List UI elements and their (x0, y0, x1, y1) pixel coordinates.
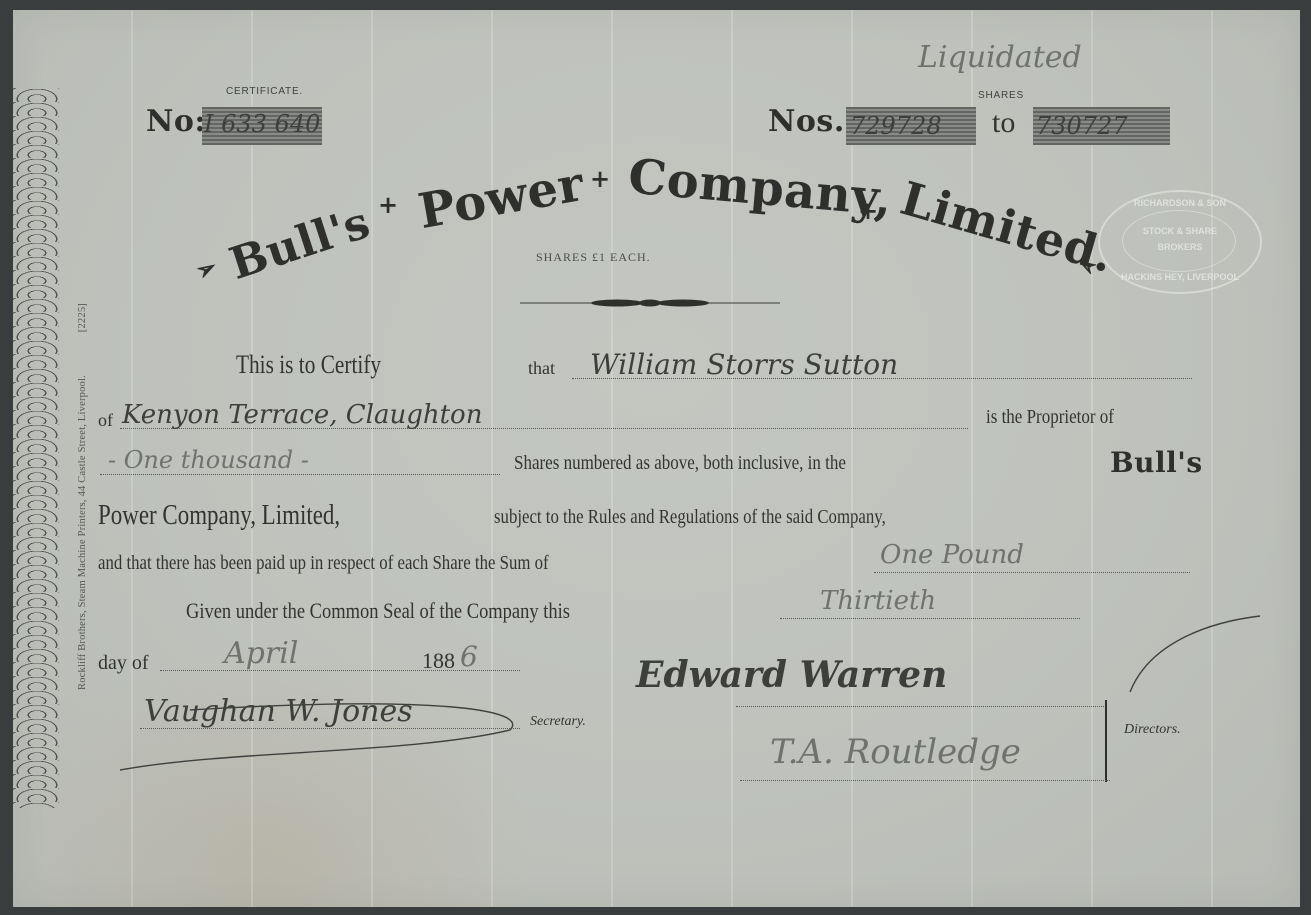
secretary-signature-flourish (110, 690, 530, 780)
day-written: Thirtieth (820, 586, 936, 616)
holder-address: Kenyon Terrace, Claughton (122, 400, 482, 430)
shares-value-subtitle: SHARES £1 EACH. (536, 250, 651, 265)
directors-label: Directors. (1124, 722, 1181, 738)
holder-name: William Storrs Sutton (590, 348, 898, 381)
certificate-number: I 633 640 (204, 110, 320, 138)
month-written: April (224, 636, 298, 671)
guilloche-border-ornament (13, 88, 59, 808)
divider-flourish (520, 297, 780, 309)
share-count-written: - One thousand - (108, 446, 309, 474)
secretary-label: Secretary. (530, 714, 586, 730)
title-separator-1: + (378, 190, 399, 219)
shares-from: 729728 (850, 112, 942, 140)
shares-to: 730727 (1036, 112, 1128, 140)
certify-heading: This is to Certify (236, 350, 381, 380)
sum-paid: One Pound (880, 540, 1024, 570)
title-separator-2: + (590, 164, 611, 193)
nos-label: Nos. (768, 104, 845, 139)
director-1-signature: Edward Warren (636, 654, 947, 696)
given-under-seal-text: Given under the Common Seal of the Compa… (186, 598, 570, 624)
rules-regulations-text: subject to the Rules and Regulations of … (494, 506, 886, 529)
bulls-word: Bull's (1110, 446, 1203, 479)
day-of-label: day of (98, 652, 149, 675)
that-label: that (528, 358, 555, 379)
year-prefix: 188 (422, 648, 455, 674)
shares-numbered-text: Shares numbered as above, both inclusive… (514, 452, 846, 475)
liquidated-annotation: Liquidated (918, 40, 1082, 75)
printer-code: [2225] (77, 303, 88, 332)
certificate-no-label: No: (146, 104, 206, 139)
printer-credit: Rockliff Brothers, Steam Machine Printer… (77, 303, 88, 690)
shares-label: SHARES (978, 90, 1024, 101)
to-label: to (992, 106, 1015, 140)
paid-up-text: and that there has been paid up in respe… (98, 552, 549, 575)
of-label: of (98, 410, 113, 431)
director-2-signature: T.A. Routledge (770, 732, 1021, 772)
year-suffix: 6 (460, 640, 478, 673)
company-name-text: Power Company, Limited, (98, 500, 340, 532)
broker-embossed-stamp: RICHARDSON & SON STOCK & SHARE BROKERS H… (1098, 190, 1262, 294)
certificate-label: CERTIFICATE. (226, 86, 303, 97)
proprietor-of-label: is the Proprietor of (986, 406, 1114, 429)
title-separator-3: + (858, 196, 879, 225)
directors-bracket (1090, 612, 1270, 792)
